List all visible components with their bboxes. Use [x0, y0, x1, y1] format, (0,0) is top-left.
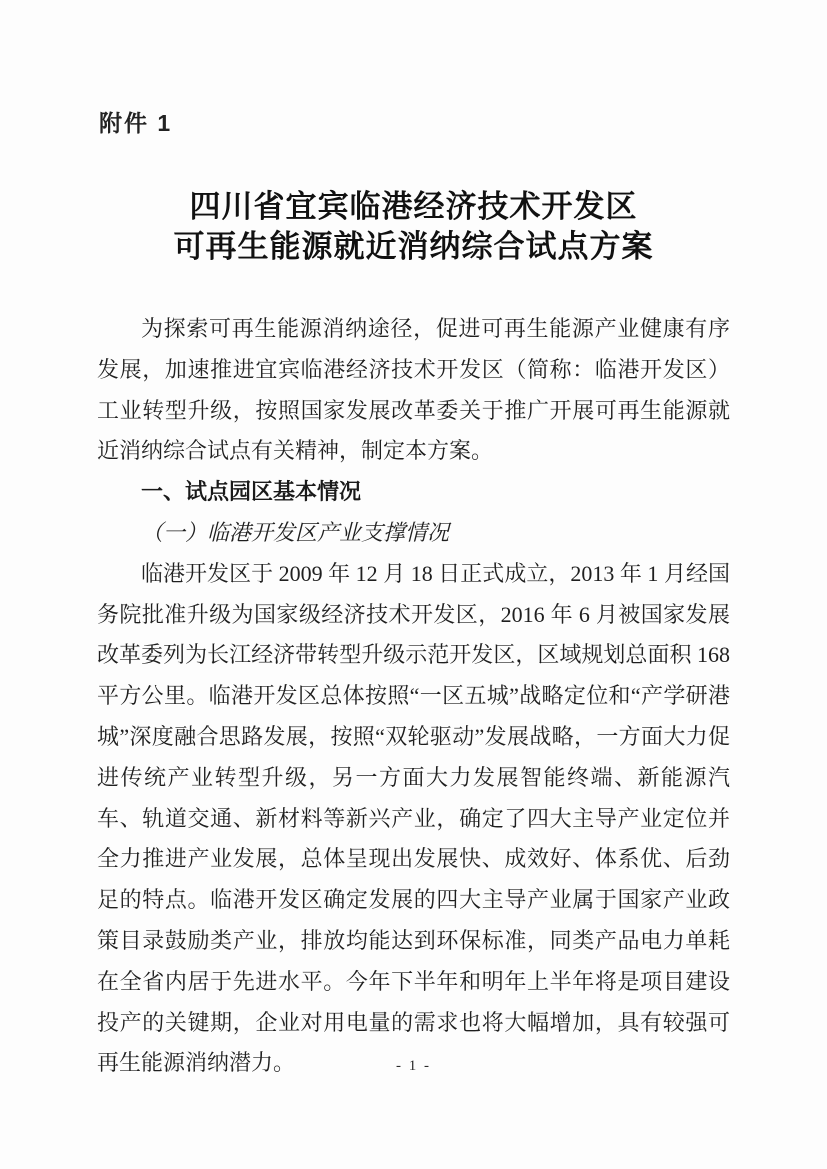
page-number: - 1 -: [0, 1056, 827, 1076]
document-title-line2: 可再生能源就近消纳综合试点方案: [0, 227, 827, 267]
document-title: 四川省宜宾临港经济技术开发区 可再生能源就近消纳综合试点方案: [0, 187, 827, 267]
intro-paragraph: 为探索可再生能源消纳途径，促进可再生能源产业健康有序发展，加速推进宜宾临港经济技…: [97, 309, 730, 472]
section1-subheading: （一）临港开发区产业支撑情况: [97, 513, 730, 554]
attachment-label: 附件 1: [99, 108, 172, 138]
section1-heading: 一、试点园区基本情况: [97, 472, 730, 513]
section1-paragraph: 临港开发区于 2009 年 12 月 18 日正式成立，2013 年 1 月经国…: [97, 554, 730, 1084]
document-body: 为探索可再生能源消纳途径，促进可再生能源产业健康有序发展，加速推进宜宾临港经济技…: [97, 309, 730, 1084]
document-title-line1: 四川省宜宾临港经济技术开发区: [0, 187, 827, 227]
document-page: 附件 1 四川省宜宾临港经济技术开发区 可再生能源就近消纳综合试点方案 为探索可…: [0, 0, 827, 1169]
